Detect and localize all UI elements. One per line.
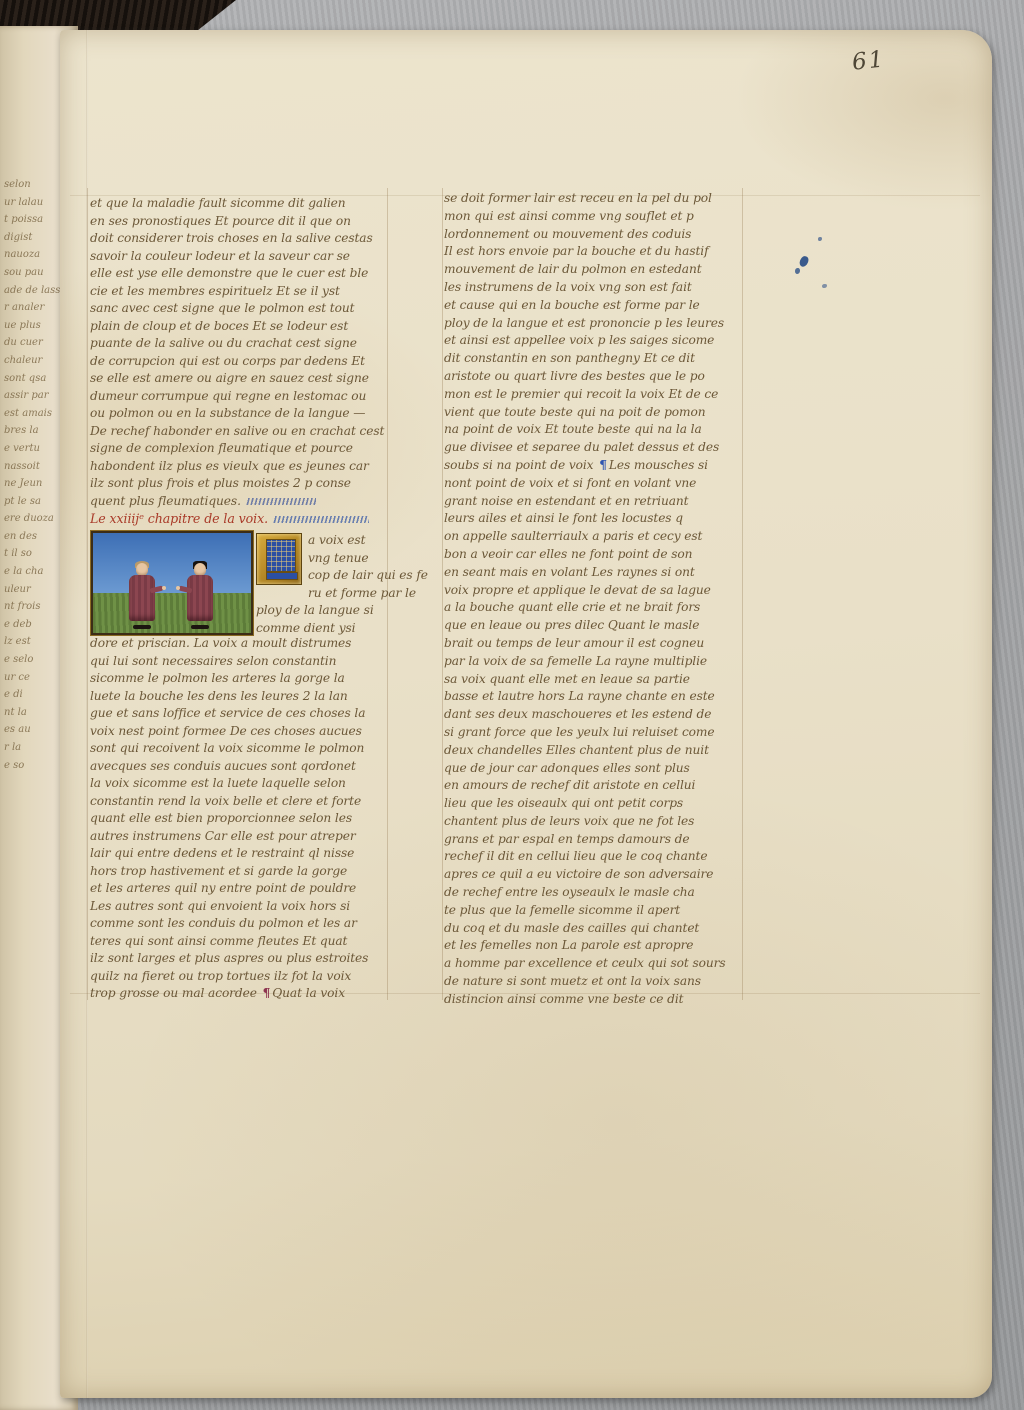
text-line: par la voix de sa femelle La rayne multi… [444,653,744,671]
text-line: avecques ses conduis aucues sont qordone… [90,758,368,776]
miniature-grass [93,593,251,633]
text-beside-miniature: a voix estvng tenuecop de lair qui es fe… [256,532,390,637]
text-line: et les arteres quil ny entre point de po… [90,880,368,898]
figure-feet [191,625,209,629]
text-line: et ainsi est appellee voix p les saiges … [444,332,744,350]
text-line: dit constantin en son panthegny Et ce di… [444,350,744,368]
text-line: de corrupcion qui est ou corps par deden… [90,353,390,371]
miniature-sky [93,533,251,595]
text-line: soubs si na point de voix ¶Les mousches … [444,457,744,475]
text-line: mon qui est ainsi comme vng souflet et p [444,208,744,226]
rubric-text: Le xxiiijᵉ chapitre de la voix. [90,511,268,526]
text-line: comme sont les conduis du polmon et les … [90,915,368,933]
text-line: du coq et du masle des cailles qui chant… [444,920,744,938]
text-line: trop grosse ou mal acordee ¶Quat la voix [90,985,368,1003]
text-line: et les femelles non La parole est apropr… [444,937,744,955]
text-line: dant ses deux maschoueres et les estend … [444,706,744,724]
text-line: vient que toute beste qui na poit de pom… [444,404,744,422]
text-line: ilz sont plus frois et plus moistes 2 p … [90,475,390,493]
text-line: distincion ainsi comme vne beste ce dit [444,991,744,1009]
text-line: autres instrumens Car elle est pour atre… [90,828,368,846]
text-line: na point de voix Et toute beste qui na l… [444,421,744,439]
folio-number: 61 [851,46,887,75]
text-line: ploy de la langue si [256,602,390,620]
text-line: lair qui entre dedens et le restraint ql… [90,845,368,863]
pilcrow-red: ¶ [261,986,273,1000]
text-line: sicomme le polmon les arteres la gorge l… [90,670,368,688]
line-filler [246,498,316,505]
text-line: cie et les membres espirituelz Et se il … [90,283,390,301]
text-line: la voix sicomme est la luete laquelle se… [90,775,368,793]
pilcrow-blue: ¶ [597,458,609,472]
text-line: elle est yse elle demonstre que le cuer … [90,265,390,283]
text-line: habondent ilz plus es vieulx que es jeun… [90,458,390,476]
text-line: quilz na fieret ou trop tortues ilz fot … [90,968,368,986]
text-line: gue divisee et separee du palet dessus e… [444,439,744,457]
text-line: constantin rend la voix belle et clere e… [90,793,368,811]
text-line: voix nest point formee De ces choses auc… [90,723,368,741]
figure-right-man-black-cap [185,563,215,625]
line-filler [273,516,369,523]
text-line: luete la bouche les dens les leures 2 la… [90,688,368,706]
text-line: dore et priscian. La voix a moult distru… [90,635,368,653]
figure-hand [162,586,166,590]
text-line: ploy de la langue et est prononcie p les… [444,315,744,333]
text-line: et que la maladie fault sicomme dit gali… [90,195,390,213]
text-line: sa voix quant elle met en leaue sa parti… [444,671,744,689]
text-line: en amours de rechef dit aristote en cell… [444,777,744,795]
text-line: Il est hors envoie par la bouche et du h… [444,243,744,261]
ruling-line [442,188,443,1000]
text-column-right: se doit former lair est receu en la pel … [444,190,744,1009]
text-line: savoir la couleur lodeur et la saveur ca… [90,248,390,266]
text-line: leurs ailes et ainsi le font les locuste… [444,510,744,528]
text-line: ou polmon ou en la substance de la langu… [90,405,390,423]
text-line: sont qui recoivent la voix sicomme le po… [90,740,368,758]
text-line: mon est le premier qui recoit la voix Et… [444,386,744,404]
text-line: basse et lautre hors La rayne chante en … [444,688,744,706]
text-line: ilz sont larges et plus aspres ou plus e… [90,950,368,968]
text-line: aristote ou quart livre des bestes que l… [444,368,744,386]
text-line: apres ce quil a eu victoire de son adver… [444,866,744,884]
text-line: chantent plus de leurs voix que ne fot l… [444,813,744,831]
text-line: et cause qui en la bouche est forme par … [444,297,744,315]
figure-left-bareheaded-man [127,563,157,625]
text-line: teres qui sont ainsi comme fleutes Et qu… [90,933,368,951]
text-line: signe de complexion fleumatique et pourc… [90,440,390,458]
text-line: en seant mais en volant Les raynes si on… [444,564,744,582]
text-line: de nature si sont muetz et ont la voix s… [444,973,744,991]
text-column-left: et que la maladie fault sicomme dit gali… [90,195,390,510]
text-line: lordonnement ou mouvement des coduis [444,226,744,244]
text-line: brait ou temps de leur amour il est cogn… [444,635,744,653]
text-line: gue et sans loffice et service de ces ch… [90,705,368,723]
text-line: rechef il dit en cellui lieu que le coq … [444,848,744,866]
figure-feet [133,625,151,629]
initial-foot [266,572,298,580]
text-line: a la bouche quant elle crie et ne brait … [444,599,744,617]
text-line: nont point de voix et si font en volant … [444,475,744,493]
text-line: Les autres sont qui envoient la voix hor… [90,898,368,916]
text-line: bon a veoir car elles ne font point de s… [444,546,744,564]
text-line: se elle est amere ou aigre en sauez cest… [90,370,390,388]
text-line: dumeur corrumpue qui regne en lestomac o… [90,388,390,406]
initial-blue-panel [266,539,296,572]
text-line: de rechef entre les oyseaulx le masle ch… [444,884,744,902]
text-line: deux chandelles Elles chantent plus de n… [444,742,744,760]
text-line: puante de la salive ou du crachat cest s… [90,335,390,353]
text-line: a homme par excellence et ceulx qui sot … [444,955,744,973]
text-line: grant noise en estendant et en retriuant [444,493,744,511]
manuscript-photo: selonur lalaut poissadigistnauozasou pau… [0,0,1024,1410]
text-line: se doit former lair est receu en la pel … [444,190,744,208]
ruling-line [87,188,88,1000]
text-line: les instrumens de la voix vng son est fa… [444,279,744,297]
column1-upper-text: et que la maladie fault sicomme dit gali… [90,195,390,510]
text-line: que de jour car adonques elles sont plus [444,760,744,778]
text-line: De rechef habonder en salive ou en crach… [90,423,390,441]
text-line: quent plus fleumatiques. [90,493,390,511]
chapter-rubric: Le xxiiijᵉ chapitre de la voix. [90,510,369,530]
text-line: doit considerer trois choses en la saliv… [90,230,390,248]
miniature-two-men-conversing [91,531,253,635]
text-line: hors trop hastivement et si garde la gor… [90,863,368,881]
text-line: mouvement de lair du polmon en estedant [444,261,744,279]
text-line: qui lui sont necessaires selon constanti… [90,653,368,671]
text-line: voix propre et applique le devat de sa l… [444,582,744,600]
figure-robe [187,575,213,621]
text-line: plain de cloup et de boces Et se lodeur … [90,318,390,336]
text-line: lieu que les oiseaulx qui ont petit corp… [444,795,744,813]
text-line: on appelle saulterriaulx a paris et cecy… [444,528,744,546]
column1-lower-text: dore et priscian. La voix a moult distru… [90,635,368,1003]
text-line: te plus que la femelle sicomme il apert [444,902,744,920]
text-line: ru et forme par le [256,585,390,603]
text-line: sanc avec cest signe que le polmon est t… [90,300,390,318]
text-line: quant elle est bien proporcionnee selon … [90,810,368,828]
text-line: que en leaue ou pres dilec Quant le masl… [444,617,744,635]
figure-robe [129,575,155,621]
text-line: en ses pronostiques Et pource dit il que… [90,213,390,231]
figure-hand [176,586,180,590]
text-line: si grant force que les yeulx lui reluise… [444,724,744,742]
illuminated-initial-L [256,533,302,585]
text-line: grans et par espal en temps damours de [444,831,744,849]
